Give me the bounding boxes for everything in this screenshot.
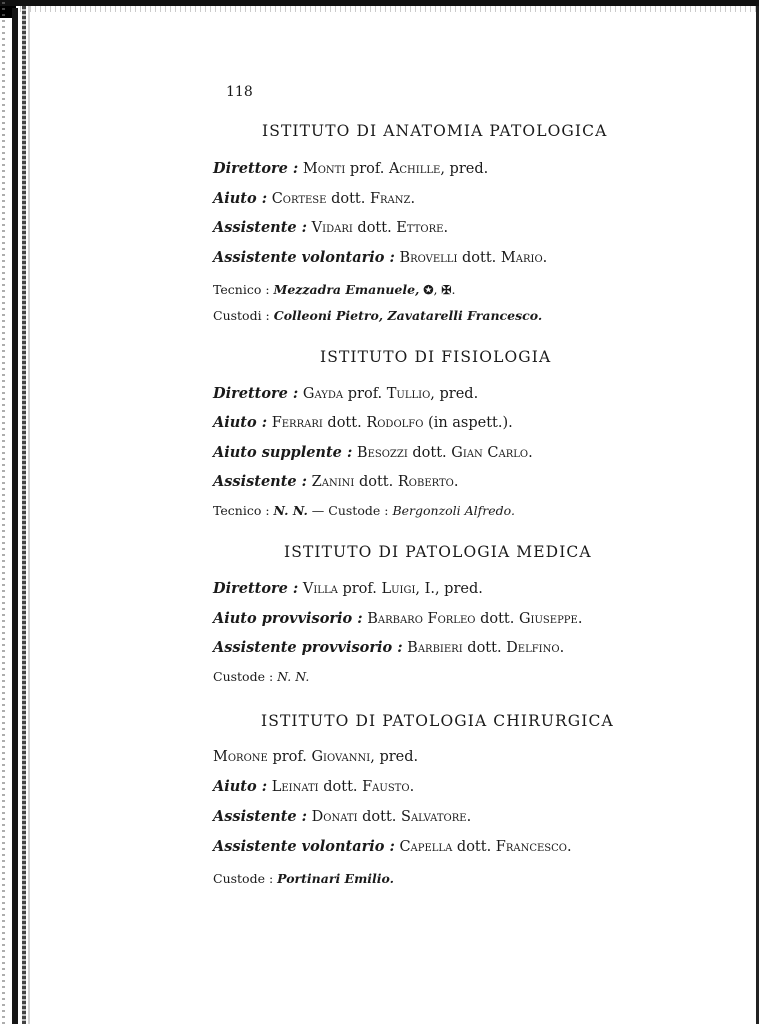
given-name: Delfino xyxy=(506,640,559,656)
surname: Donati xyxy=(312,809,358,825)
role-label: Assistente : xyxy=(213,473,307,490)
academic-title: prof. xyxy=(348,386,382,402)
role-label: Assistente : xyxy=(213,808,307,825)
staff-label: Custodi : xyxy=(213,308,270,323)
academic-title: dott. xyxy=(327,415,361,431)
academic-title: prof. xyxy=(342,581,376,597)
surname: Barbaro Forleo xyxy=(367,611,475,627)
staff-line: Aiuto : Ferrari dott. Rodolfo (in aspett… xyxy=(213,414,513,431)
staff-value: N. N. xyxy=(277,669,309,684)
staff-label: Tecnico : xyxy=(213,503,270,518)
custode-line: Custode : Portinari Emilio. xyxy=(213,871,394,886)
academic-title: dott. xyxy=(323,779,357,795)
given-name: Achille xyxy=(389,161,440,177)
role-label: Direttore : xyxy=(213,160,298,177)
academic-title: dott. xyxy=(357,220,391,236)
role-label: Aiuto supplente : xyxy=(213,444,352,461)
custodi-line: Custodi : Colleoni Pietro, Zavatarelli F… xyxy=(213,308,542,323)
role-label: Assistente provvisorio : xyxy=(213,639,403,656)
document-page: 118 ISTITUTO DI ANATOMIA PATOLOGICA Dire… xyxy=(0,0,759,1024)
suffix: , I., pred. xyxy=(415,581,482,597)
separator: — xyxy=(308,503,328,518)
role-label: Direttore : xyxy=(213,580,298,597)
staff-value: Portinari Emilio. xyxy=(277,871,394,886)
surname: Monti xyxy=(303,161,345,177)
academic-title: dott. xyxy=(467,640,501,656)
cross-icon: ✠ xyxy=(441,283,451,297)
suffix: . xyxy=(443,220,448,236)
suffix: . xyxy=(567,839,572,855)
academic-title: dott. xyxy=(457,839,491,855)
staff-label: Custode : xyxy=(213,871,273,886)
given-name: Tullio xyxy=(387,386,431,402)
section-title-anatomia-patologica: ISTITUTO DI ANATOMIA PATOLOGICA xyxy=(262,122,607,140)
surname: Cortese xyxy=(272,191,327,207)
suffix: , pred. xyxy=(430,386,478,402)
custode-line: Custode : N. N. xyxy=(213,669,309,684)
staff-line: Morone prof. Giovanni, pred. xyxy=(213,749,418,765)
academic-title: prof. xyxy=(272,749,306,765)
staff-line: Direttore : Monti prof. Achille, pred. xyxy=(213,160,488,177)
academic-title: dott. xyxy=(412,445,446,461)
suffix: . xyxy=(410,779,415,795)
academic-title: dott. xyxy=(362,809,396,825)
staff-line: Aiuto : Cortese dott. Franz. xyxy=(213,190,415,207)
given-name: Fausto xyxy=(362,779,409,795)
surname: Barbieri xyxy=(407,640,463,656)
staff-line: Assistente provvisorio : Barbieri dott. … xyxy=(213,639,564,656)
suffix: . xyxy=(528,445,533,461)
role-label: Aiuto : xyxy=(213,778,267,795)
suffix: . xyxy=(467,809,472,825)
academic-title: dott. xyxy=(331,191,365,207)
suffix: . xyxy=(560,640,565,656)
given-name: Giuseppe xyxy=(519,611,578,627)
academic-title: dott. xyxy=(359,474,393,490)
staff-label: Custode : xyxy=(213,669,273,684)
suffix: . xyxy=(410,191,415,207)
given-name: Francesco xyxy=(496,839,567,855)
suffix: , pred. xyxy=(370,749,418,765)
suffix: . xyxy=(454,474,459,490)
staff-label: Custode : xyxy=(328,503,388,518)
staff-line: Aiuto : Leinati dott. Fausto. xyxy=(213,778,414,795)
section-title-patologia-medica: ISTITUTO DI PATOLOGIA MEDICA xyxy=(284,543,592,561)
given-name: Giovanni xyxy=(311,749,370,765)
given-name: Ettore xyxy=(396,220,443,236)
role-label: Aiuto : xyxy=(213,190,267,207)
staff-line: Assistente volontario : Capella dott. Fr… xyxy=(213,838,572,855)
role-label: Assistente volontario : xyxy=(213,838,395,855)
given-name: Roberto xyxy=(398,474,454,490)
staff-line: Assistente : Donati dott. Salvatore. xyxy=(213,808,471,825)
given-name: Gian Carlo xyxy=(451,445,528,461)
suffix: . xyxy=(578,611,583,627)
surname: Vidari xyxy=(312,220,353,236)
section-title-fisiologia: ISTITUTO DI FISIOLOGIA xyxy=(320,348,551,366)
academic-title: prof. xyxy=(350,161,384,177)
academic-title: dott. xyxy=(462,250,496,266)
role-label: Aiuto : xyxy=(213,414,267,431)
given-name: Rodolfo xyxy=(366,415,423,431)
surname: Ferrari xyxy=(272,415,323,431)
staff-value: N. N. xyxy=(274,503,308,518)
staff-line: Aiuto supplente : Besozzi dott. Gian Car… xyxy=(213,444,533,461)
role-label: Assistente volontario : xyxy=(213,249,395,266)
surname: Morone xyxy=(213,749,268,765)
given-name: Luigi xyxy=(381,581,415,597)
given-name: Mario xyxy=(501,250,543,266)
staff-line: Direttore : Gayda prof. Tullio, pred. xyxy=(213,385,478,402)
staff-line: Direttore : Villa prof. Luigi, I., pred. xyxy=(213,580,483,597)
surname: Capella xyxy=(399,839,452,855)
staff-line: Aiuto provvisorio : Barbaro Forleo dott.… xyxy=(213,610,582,627)
suffix: (in aspett.). xyxy=(423,415,512,431)
staff-line: Assistente : Zanini dott. Roberto. xyxy=(213,473,458,490)
role-label: Assistente : xyxy=(213,219,307,236)
section-title-patologia-chirurgica: ISTITUTO DI PATOLOGIA CHIRURGICA xyxy=(261,712,614,730)
tecnico-line: Tecnico : Mezzadra Emanuele, ✪, ✠. xyxy=(213,282,455,297)
tecnico-custode-line: Tecnico : N. N. — Custode : Bergonzoli A… xyxy=(213,503,515,518)
surname: Brovelli xyxy=(399,250,457,266)
staff-value: Colleoni Pietro, Zavatarelli Francesco. xyxy=(274,308,542,323)
surname: Zanini xyxy=(312,474,355,490)
given-name: Franz xyxy=(370,191,411,207)
staff-value: Bergonzoli Alfredo. xyxy=(392,503,515,518)
academic-title: dott. xyxy=(480,611,514,627)
staff-value: Mezzadra Emanuele, xyxy=(274,282,420,297)
page-number: 118 xyxy=(226,84,253,100)
surname: Leinati xyxy=(272,779,319,795)
surname: Besozzi xyxy=(357,445,408,461)
decoration-medal-icon: ✪ xyxy=(423,283,433,297)
suffix: . xyxy=(543,250,548,266)
surname: Villa xyxy=(303,581,338,597)
staff-label: Tecnico : xyxy=(213,282,270,297)
suffix: , pred. xyxy=(440,161,488,177)
staff-line: Assistente volontario : Brovelli dott. M… xyxy=(213,249,547,266)
given-name: Salvatore xyxy=(401,809,467,825)
role-label: Direttore : xyxy=(213,385,298,402)
role-label: Aiuto provvisorio : xyxy=(213,610,363,627)
surname: Gayda xyxy=(303,386,343,402)
staff-line: Assistente : Vidari dott. Ettore. xyxy=(213,219,448,236)
